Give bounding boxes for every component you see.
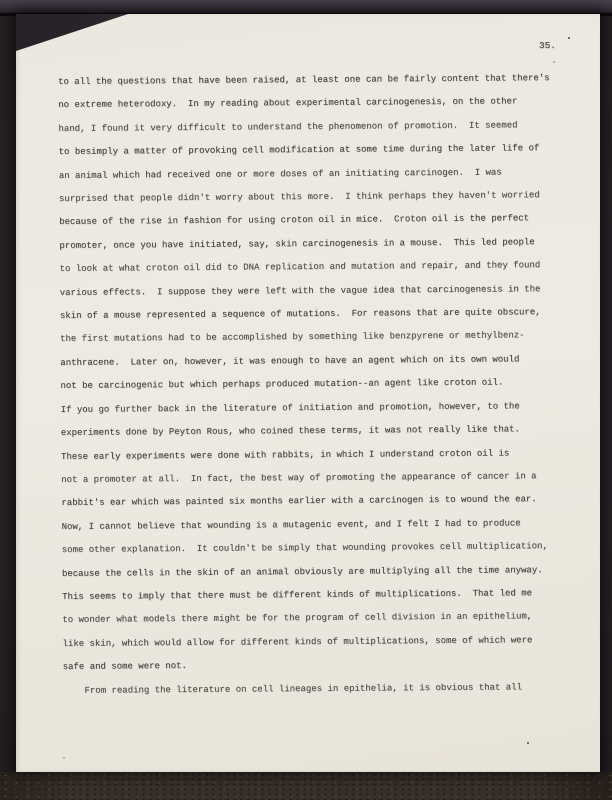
stray-ink-dot	[553, 61, 555, 63]
text-line: If you go further back in the literature…	[61, 395, 559, 422]
text-line: hand, I found it very difficult to under…	[58, 114, 556, 141]
text-line: the first mutations had to be accomplish…	[60, 325, 558, 352]
stray-ink-dot	[63, 757, 65, 759]
typewritten-text-block: to all the questions that have been rais…	[58, 67, 561, 703]
text-line: various effects. I suppose they were lef…	[60, 278, 558, 305]
page-number: 35.	[539, 40, 556, 51]
scanned-page-photo: 35. to all the questions that have been …	[0, 0, 612, 800]
text-line: From reading the literature on cell line…	[63, 676, 561, 703]
stray-ink-dot	[568, 37, 570, 39]
stray-ink-dot	[527, 742, 529, 744]
document-page: 35. to all the questions that have been …	[16, 14, 600, 772]
text-line: not a promoter at all. In fact, the best…	[61, 465, 559, 492]
text-line: like skin, which would allow for differe…	[62, 629, 560, 656]
text-line: some other explanation. It couldn't be s…	[62, 535, 560, 562]
text-line: experiments done by Peyton Rous, who coi…	[61, 418, 559, 445]
scanner-background-bottom-band	[0, 772, 612, 800]
text-line: surprised that people didn't worry about…	[59, 184, 557, 211]
page-corner-fold	[16, 14, 128, 51]
